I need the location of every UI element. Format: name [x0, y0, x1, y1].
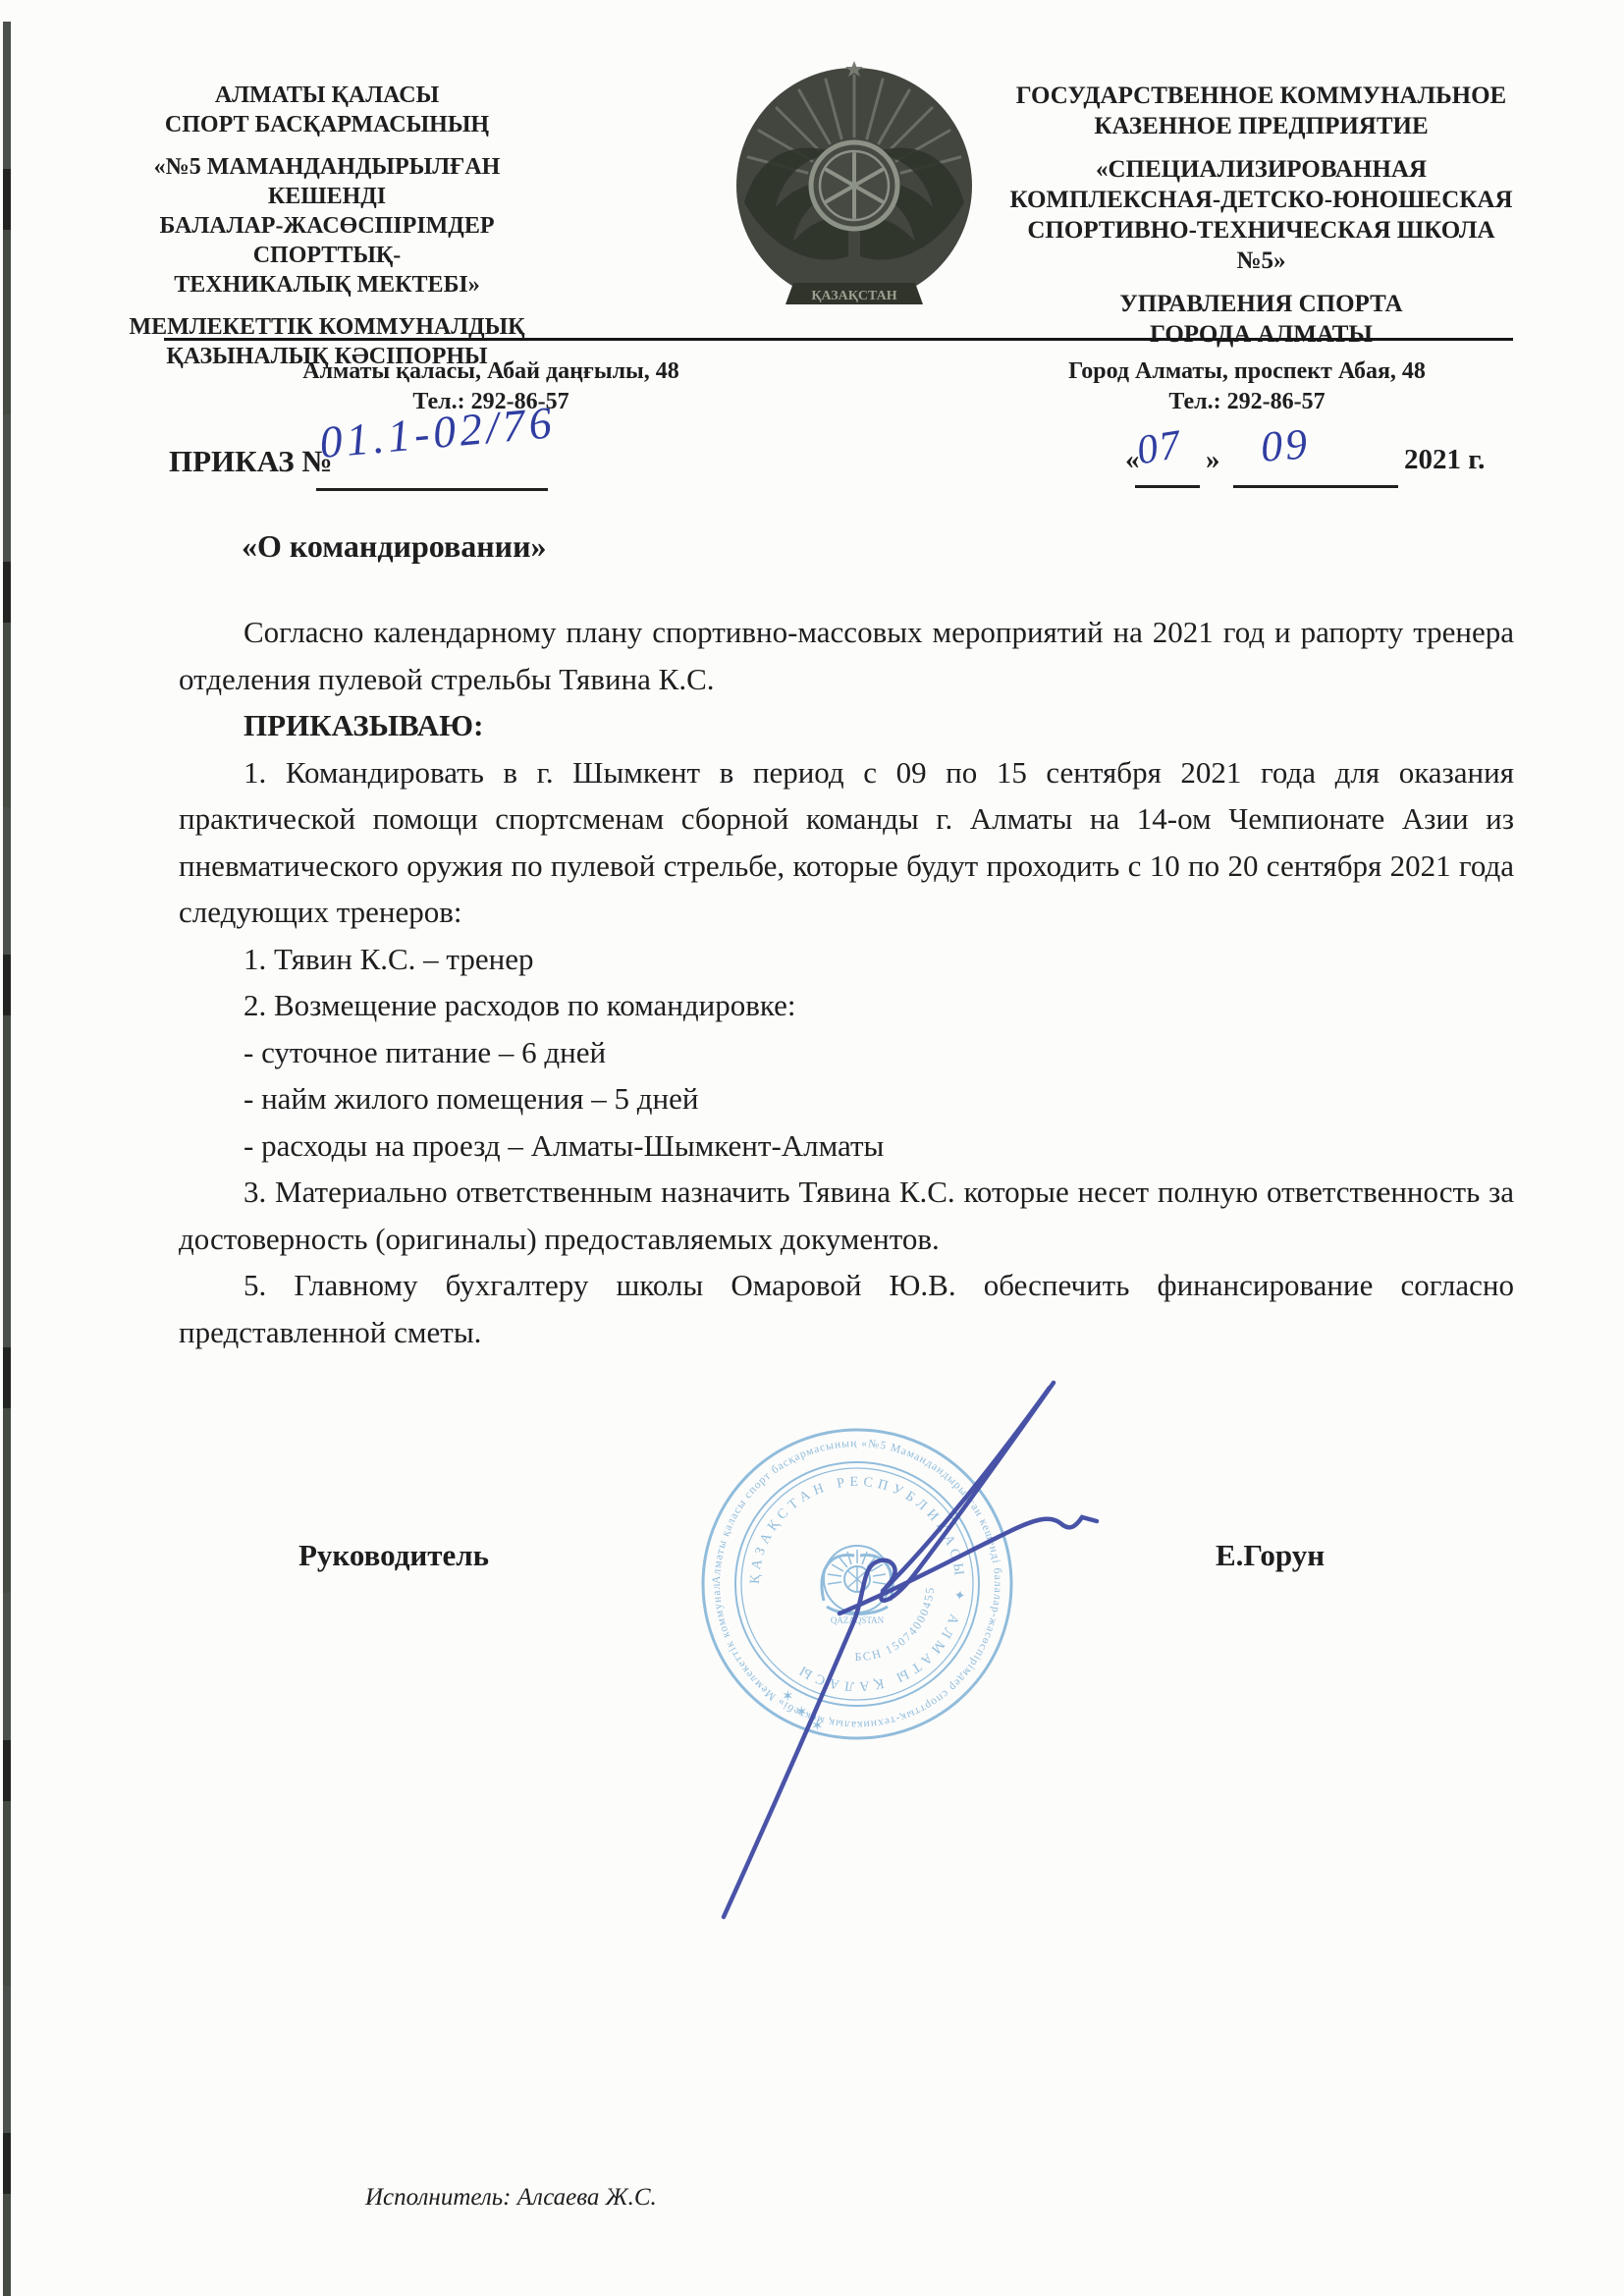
body-paragraph: - расходы на проезд – Алматы-Шымкент-Алм…: [179, 1122, 1514, 1170]
body-paragraph: 1. Командировать в г. Шымкент в период с…: [179, 749, 1514, 936]
body-paragraph: 5. Главному бухгалтеру школы Омаровой Ю.…: [179, 1262, 1514, 1355]
org-name-russian-group: «СПЕЦИАЛИЗИРОВАННАЯКОМПЛЕКСНАЯ-ДЕТСКО-ЮН…: [1003, 154, 1519, 276]
org-name-line: СПОРТИВНО-ТЕХНИЧЕСКАЯ ШКОЛА №5»: [1003, 215, 1519, 276]
date-year: 2021 г.: [1404, 444, 1485, 476]
order-body: Согласно календарному плану спортивно-ма…: [179, 609, 1514, 1355]
address-russian: Город Алматы, проспект Абая, 48 Тел.: 29…: [1031, 356, 1463, 417]
kazakhstan-emblem: ҚАЗАҚСТАН: [729, 55, 980, 326]
org-name-kazakh-group: «№5 МАМАНДАНДЫРЫЛҒАН КЕШЕНДІБАЛАЛАР-ЖАСӨ…: [126, 152, 528, 300]
org-name-line: СПОРТ БАСҚАРМАСЫНЫҢ: [126, 110, 528, 139]
document-title: «О командировании»: [242, 528, 547, 565]
body-paragraph: 3. Материально ответственным назначить Т…: [179, 1169, 1514, 1262]
phone-line: Тел.: 292-86-57: [1031, 387, 1463, 417]
org-name-line: ГОРОДА АЛМАТЫ: [1003, 319, 1519, 350]
signer-role: Руководитель: [298, 1538, 489, 1573]
org-name-line: «СПЕЦИАЛИЗИРОВАННАЯ: [1003, 154, 1519, 185]
org-name-line: КАЗЕННОЕ ПРЕДПРИЯТИЕ: [1003, 111, 1519, 141]
order-number-underline: [316, 488, 548, 491]
date-close-quote: »: [1206, 444, 1220, 476]
org-name-russian-group: ГОСУДАРСТВЕННОЕ КОММУНАЛЬНОЕКАЗЕННОЕ ПРЕ…: [1003, 81, 1519, 141]
org-name-russian: ГОСУДАРСТВЕННОЕ КОММУНАЛЬНОЕКАЗЕННОЕ ПРЕ…: [1003, 81, 1519, 362]
signature-stroke: [638, 1365, 1149, 1954]
org-name-line: БАЛАЛАР-ЖАСӨСПІРІМДЕР СПОРТТЫҚ-: [126, 211, 528, 270]
org-name-line: ТЕХНИКАЛЫҚ МЕКТЕБІ»: [126, 270, 528, 300]
handwritten-month: 09: [1259, 418, 1311, 471]
header-divider: [164, 338, 1513, 341]
org-name-line: УПРАВЛЕНИЯ СПОРТА: [1003, 289, 1519, 319]
org-name-line: АЛМАТЫ ҚАЛАСЫ: [126, 81, 528, 110]
date-month-underline: [1233, 485, 1398, 488]
signer-name: Е.Горун: [1216, 1538, 1325, 1573]
org-name-line: ГОСУДАРСТВЕННОЕ КОММУНАЛЬНОЕ: [1003, 81, 1519, 111]
scan-edge-artifact: [3, 22, 11, 2296]
date-day-underline: [1135, 485, 1200, 488]
body-paragraph: - суточное питание – 6 дней: [179, 1029, 1514, 1076]
body-paragraph: ПРИКАЗЫВАЮ:: [179, 702, 1514, 749]
org-name-kazakh-group: АЛМАТЫ ҚАЛАСЫСПОРТ БАСҚАРМАСЫНЫҢ: [126, 81, 528, 139]
handwritten-day: 07: [1134, 421, 1186, 475]
body-paragraph: - найм жилого помещения – 5 дней: [179, 1075, 1514, 1122]
order-label: ПРИКАЗ №: [169, 444, 333, 479]
org-name-line: «№5 МАМАНДАНДЫРЫЛҒАН КЕШЕНДІ: [126, 152, 528, 211]
org-name-line: КОМПЛЕКСНАЯ-ДЕТСКО-ЮНОШЕСКАЯ: [1003, 185, 1519, 215]
emblem-banner-text: ҚАЗАҚСТАН: [811, 289, 896, 303]
body-paragraph: Согласно календарному плану спортивно-ма…: [179, 609, 1514, 702]
body-paragraph: 1. Тявин К.С. – тренер: [179, 936, 1514, 983]
scanned-order-document: АЛМАТЫ ҚАЛАСЫСПОРТ БАСҚАРМАСЫНЫҢ «№5 МАМ…: [0, 0, 1624, 2296]
executor-note: Исполнитель: Алсаева Ж.С.: [365, 2184, 657, 2212]
body-paragraph: 2. Возмещение расходов по командировке:: [179, 982, 1514, 1029]
address-line: Алматы қаласы, Абай даңғылы, 48: [216, 356, 766, 387]
address-line: Город Алматы, проспект Абая, 48: [1031, 356, 1463, 387]
